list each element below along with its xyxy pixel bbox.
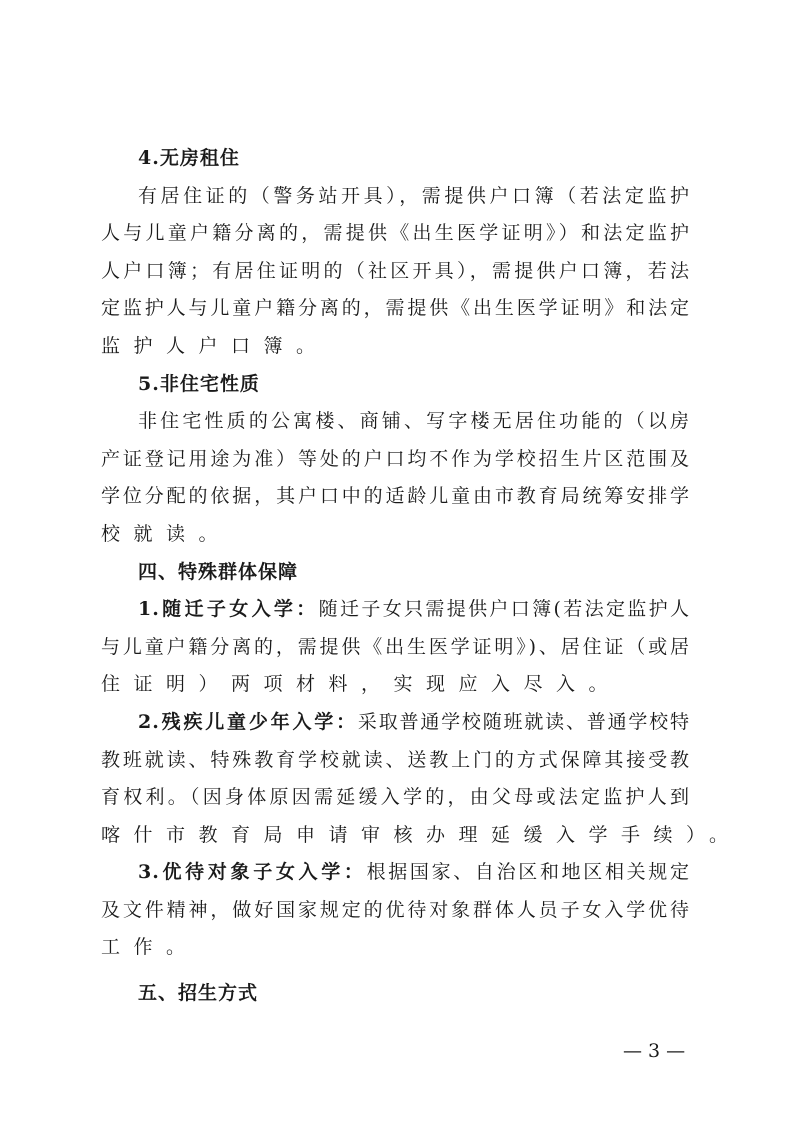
- paragraph-line: 定监护人与儿童户籍分离的，需提供《出生医学证明》和法定: [101, 290, 689, 328]
- paragraph-line: 学位分配的依据，其户口中的适龄儿童由市教育局统筹安排学: [101, 478, 689, 516]
- item-text: 随迁子女只需提供户口簿(若法定监护人: [319, 598, 689, 620]
- paragraph-line: 育权利。（因身体原因需延缓入学的，由父母或法定监护人到: [101, 779, 689, 817]
- section-heading-enrollment-method: 五、招生方式: [101, 975, 689, 1013]
- paragraph-line: 与儿童户籍分离的，需提供《出生医学证明》)、居住证（或居: [101, 629, 689, 667]
- item-text: 采取普通学校随班就读、普通学校特: [358, 711, 689, 733]
- paragraph-line: 有居住证的（警务站开具），需提供户口簿（若法定监护: [101, 178, 689, 216]
- section-heading-rental: 4.无房租住: [101, 140, 689, 178]
- paragraph-line: 校就读。: [101, 516, 689, 554]
- item-label-disabled-children: 2.残疾儿童少年入学：: [138, 711, 358, 733]
- paragraph-line: 3.优待对象子女入学：根据国家、自治区和地区相关规定: [101, 854, 689, 892]
- paragraph-line: 工作。: [101, 929, 689, 967]
- paragraph-line: 及文件精神，做好国家规定的优待对象群体人员子女入学优待: [101, 892, 689, 930]
- paragraph-line: 产证登记用途为准）等处的户口均不作为学校招生片区范围及: [101, 441, 689, 479]
- page-number: — 3 —: [623, 1040, 685, 1062]
- section-heading-special-groups: 四、特殊群体保障: [101, 554, 689, 592]
- paragraph-line: 教班就读、特殊教育学校就读、送教上门的方式保障其接受教: [101, 742, 689, 780]
- paragraph-line: 住证明）两项材料，实现应入尽入。: [101, 666, 689, 704]
- paragraph-line: 1.随迁子女入学：随迁子女只需提供户口簿(若法定监护人: [101, 591, 689, 629]
- document-page: 4.无房租住 有居住证的（警务站开具），需提供户口簿（若法定监护 人与儿童户籍分…: [101, 140, 689, 1013]
- section-heading-non-residential: 5.非住宅性质: [101, 366, 689, 404]
- paragraph-line: 2.残疾儿童少年入学：采取普通学校随班就读、普通学校特: [101, 704, 689, 742]
- paragraph-line: 非住宅性质的公寓楼、商铺、写字楼无居住功能的（以房: [101, 403, 689, 441]
- paragraph-line: 喀什市教育局申请审核办理延缓入学手续）。: [101, 817, 689, 855]
- paragraph-line: 人与儿童户籍分离的，需提供《出生医学证明》）和法定监护: [101, 215, 689, 253]
- paragraph-line: 监护人户口簿。: [101, 328, 689, 366]
- paragraph-line: 人户口簿；有居住证明的（社区开具），需提供户口簿，若法: [101, 253, 689, 291]
- item-label-preferential-children: 3.优待对象子女入学：: [138, 861, 367, 883]
- item-text: 根据国家、自治区和地区相关规定: [367, 861, 689, 883]
- item-label-migrant-children: 1.随迁子女入学：: [138, 598, 319, 620]
